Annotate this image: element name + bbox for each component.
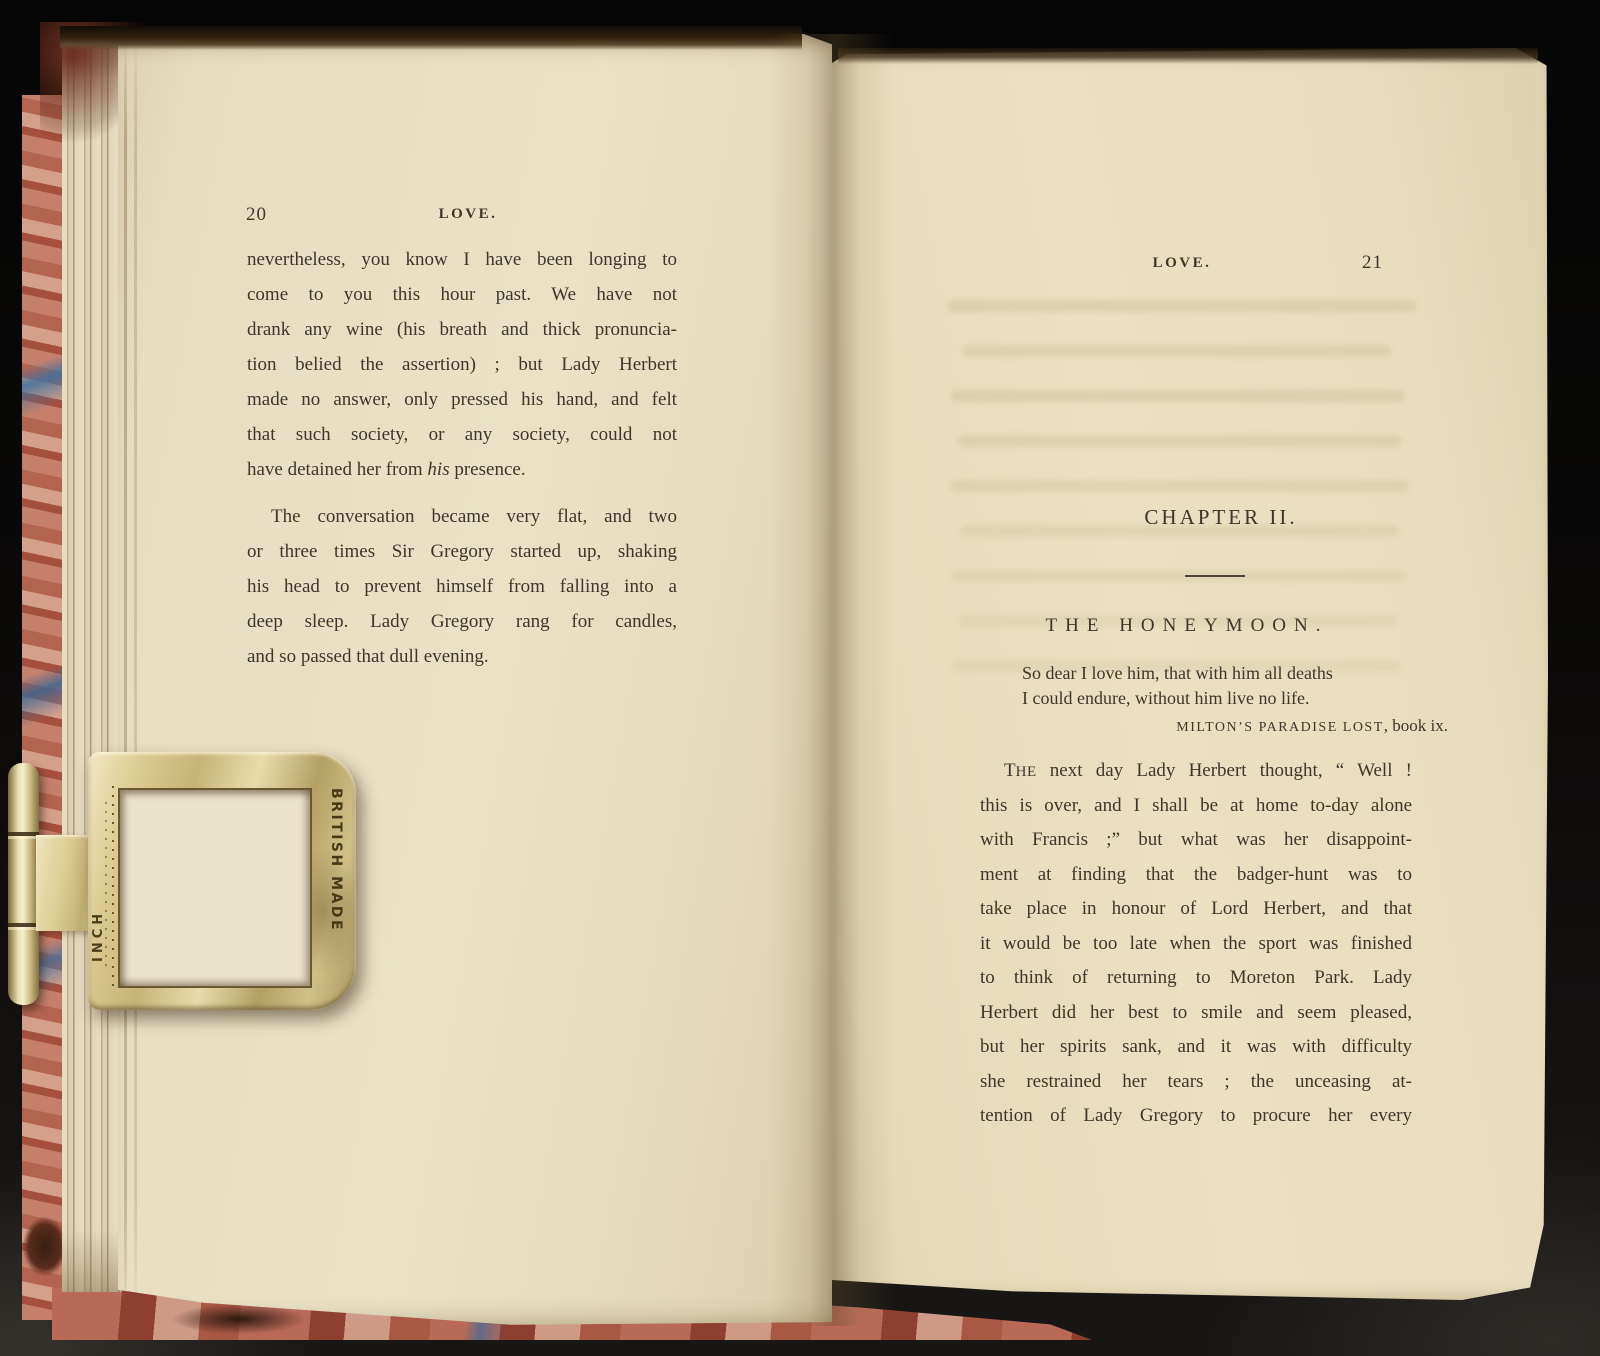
- text-line: his head to prevent himself from falling…: [247, 569, 677, 604]
- show-through: [957, 435, 1402, 447]
- show-through: [962, 345, 1392, 357]
- chapter-rule: [1185, 575, 1245, 577]
- left-page: 20 LOVE. nevertheless, you know I have b…: [118, 34, 832, 1326]
- text-line: but her spirits sank, and it was with di…: [980, 1030, 1412, 1065]
- clasp-opening: [118, 788, 312, 988]
- text-line: this is over, and I shall be at home to-…: [980, 789, 1412, 824]
- british-made-engraving: BRITISH MADE: [328, 788, 344, 988]
- running-title: LOVE.: [439, 206, 498, 223]
- brass-clasp: INCH BRITISH MADE: [0, 735, 370, 1025]
- text-line: ment at finding that the badger-hunt was…: [980, 858, 1412, 893]
- page-number: 20: [246, 204, 267, 226]
- epigraph-attribution: MILTON’S PARADISE LOST, book ix.: [1022, 716, 1448, 736]
- text-line: or three times Sir Gregory started up, s…: [247, 534, 677, 569]
- text-line: deep sleep. Lady Gregory rang for candle…: [247, 604, 677, 639]
- text-line: made no answer, only pressed his hand, a…: [247, 382, 677, 417]
- page-number: 21: [1362, 252, 1383, 274]
- epigraph: So dear I love him, that with him all de…: [1022, 661, 1333, 711]
- page-crease: [124, 34, 127, 1326]
- show-through: [947, 300, 1417, 312]
- show-through: [950, 480, 1410, 492]
- clasp-frame: INCH BRITISH MADE: [88, 752, 356, 1010]
- text-line: The conversation became very flat, and t…: [247, 499, 677, 534]
- text-line: tention of Lady Gregory to procure her e…: [980, 1099, 1412, 1134]
- text-line: come to you this hour past. We have not: [247, 277, 677, 312]
- running-title: LOVE.: [1153, 255, 1212, 272]
- top-edge-stain-right: [838, 48, 1538, 64]
- epigraph-line: I could endure, without him live no life…: [1022, 686, 1333, 711]
- text-line: that such society, or any society, could…: [247, 417, 677, 452]
- text-line: she restrained her tears ; the unceasing…: [980, 1065, 1412, 1100]
- show-through: [952, 570, 1407, 582]
- top-edge-stain-left: [60, 26, 802, 50]
- chapter-heading: CHAPTER II.: [1144, 505, 1297, 530]
- paragraph: The conversation became very flat, and t…: [247, 499, 677, 674]
- text-line: it would be too late when the sport was …: [980, 927, 1412, 962]
- text-line: nevertheless, you know I have been longi…: [247, 242, 677, 277]
- epigraph-line: So dear I love him, that with him all de…: [1022, 661, 1333, 686]
- right-page: LOVE. 21 CHAPTER II. THE HONEYMOON. So d…: [832, 48, 1548, 1300]
- text-line: to think of returning to Moreton Park. L…: [980, 961, 1412, 996]
- text-line: take place in honour of Lord Herbert, an…: [980, 892, 1412, 927]
- page-fore-edges: [62, 40, 122, 1292]
- page-crease: [134, 34, 137, 1326]
- section-title: THE HONEYMOON.: [1046, 615, 1329, 637]
- text-line: tion belied the assertion) ; but Lady He…: [247, 347, 677, 382]
- paragraph: THE next day Lady Herbert thought, “ Wel…: [980, 754, 1412, 1134]
- text-line: have detained her from his presence.: [247, 452, 677, 487]
- inch-engraving: INCH: [91, 812, 106, 962]
- open-book-photo: 20 LOVE. nevertheless, you know I have b…: [0, 0, 1600, 1356]
- text-line: Herbert did her best to smile and seem p…: [980, 996, 1412, 1031]
- text-line: drank any wine (his breath and thick pro…: [247, 312, 677, 347]
- text-line: with Francis ;” but what was her disappo…: [980, 823, 1412, 858]
- clasp-hinge-barrel: [8, 763, 39, 1005]
- paragraph: nevertheless, you know I have been longi…: [247, 242, 677, 487]
- text-line: THE next day Lady Herbert thought, “ Wel…: [980, 754, 1412, 789]
- text-line: and so passed that dull evening.: [247, 639, 677, 674]
- inch-tick-marks: [112, 786, 114, 986]
- show-through: [950, 390, 1405, 402]
